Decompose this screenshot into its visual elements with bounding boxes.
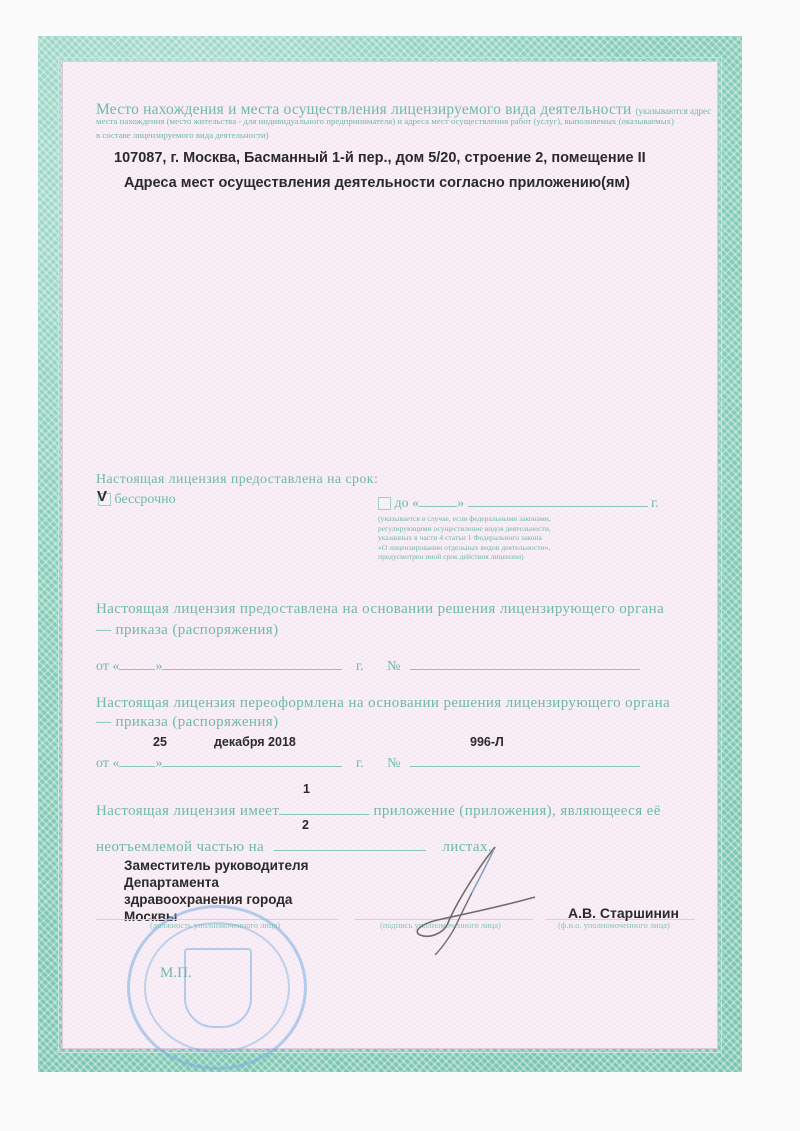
granted-month-year-field[interactable]	[162, 655, 342, 670]
term-note-line: «О лицензировании отдельных видов деятел…	[378, 543, 551, 553]
appendix-line2-prefix: неотъемлемой частью на	[96, 839, 264, 855]
granted-day-field[interactable]	[119, 655, 155, 670]
reissued-line2: — приказа (распоряжения)	[96, 714, 278, 731]
signature-icon	[400, 835, 540, 955]
term-note-line: предусмотрен иной срок действия лицензии…	[378, 552, 551, 562]
activity-places-value: Адреса мест осуществления деятельности с…	[124, 175, 630, 191]
quote-close: »	[155, 756, 162, 771]
appendix-line1: Настоящая лицензия имеет приложение (при…	[96, 800, 661, 820]
unlimited-checkbox[interactable]: V	[98, 493, 111, 506]
term-label: Настоящая лицензия предоставлена на срок…	[96, 472, 378, 488]
moscow-coat-of-arms-icon	[184, 948, 252, 1028]
from-label: от	[96, 659, 109, 674]
quote-open: «	[112, 756, 119, 771]
sheet-count-value: 2	[302, 818, 309, 832]
reissued-number-value: 996-Л	[470, 735, 504, 749]
until-month-year-field[interactable]	[468, 492, 648, 507]
until-year-suffix: г.	[651, 496, 659, 511]
location-note-line2: места нахождения (место жительства - для…	[96, 114, 716, 129]
quote-close: »	[457, 496, 464, 511]
until-checkbox[interactable]	[378, 497, 391, 510]
number-label: №	[387, 756, 400, 771]
reissued-line1: Настоящая лицензия переоформлена на осно…	[96, 695, 670, 712]
term-until-option[interactable]: до «» г.	[378, 492, 659, 512]
quote-open: «	[412, 496, 419, 511]
year-suffix: г.	[356, 659, 364, 674]
term-note-line: регулирующими осуществление видов деятел…	[378, 524, 551, 534]
term-note-line: указанных в части 4 статьи 1 Федеральног…	[378, 533, 551, 543]
unlimited-label: бессрочно	[115, 492, 176, 507]
appendix-line1-prefix: Настоящая лицензия имеет	[96, 803, 279, 819]
quote-open: «	[112, 659, 119, 674]
year-suffix: г.	[356, 756, 364, 771]
granted-line2: — приказа (распоряжения)	[96, 622, 278, 639]
appendix-count-value: 1	[303, 782, 310, 796]
term-unlimited-option[interactable]: V бессрочно	[98, 492, 176, 508]
seal-label: М.П.	[160, 965, 192, 982]
term-note-line: (указывается в случае, если федеральными…	[378, 514, 551, 524]
reissued-day-field[interactable]	[119, 752, 155, 767]
appendix-count-field[interactable]	[279, 800, 369, 815]
term-note: (указывается в случае, если федеральными…	[378, 514, 551, 562]
name-caption: (ф.и.о. уполномоченного лица)	[558, 920, 670, 930]
until-prefix: до	[395, 496, 409, 511]
reissued-date-row: от «» г. №	[96, 752, 640, 772]
reissued-number-field[interactable]	[410, 752, 640, 767]
reissued-month-year-value: декабря 2018	[214, 735, 296, 749]
quote-close: »	[155, 659, 162, 674]
from-label: от	[96, 756, 109, 771]
number-label: №	[387, 659, 400, 674]
until-day-field[interactable]	[419, 492, 457, 507]
signer-name: А.В. Старшинин	[568, 905, 679, 921]
granted-number-field[interactable]	[410, 655, 640, 670]
granted-line1: Настоящая лицензия предоставлена на осно…	[96, 601, 664, 618]
signer-position-line: Заместитель руководителя	[124, 857, 308, 874]
signer-position-line: Департамента	[124, 874, 308, 891]
reissued-day-value: 25	[153, 735, 167, 749]
check-mark-icon: V	[97, 488, 107, 505]
reissued-month-year-field[interactable]	[162, 752, 342, 767]
granted-date-row: от «» г. №	[96, 655, 640, 675]
location-note-line3: в составе лицензируемого вида деятельнос…	[96, 128, 269, 143]
appendix-line1-suffix: приложение (приложения), являющееся её	[373, 803, 660, 819]
address-value: 107087, г. Москва, Басманный 1-й пер., д…	[114, 150, 646, 166]
official-seal	[127, 905, 307, 1070]
